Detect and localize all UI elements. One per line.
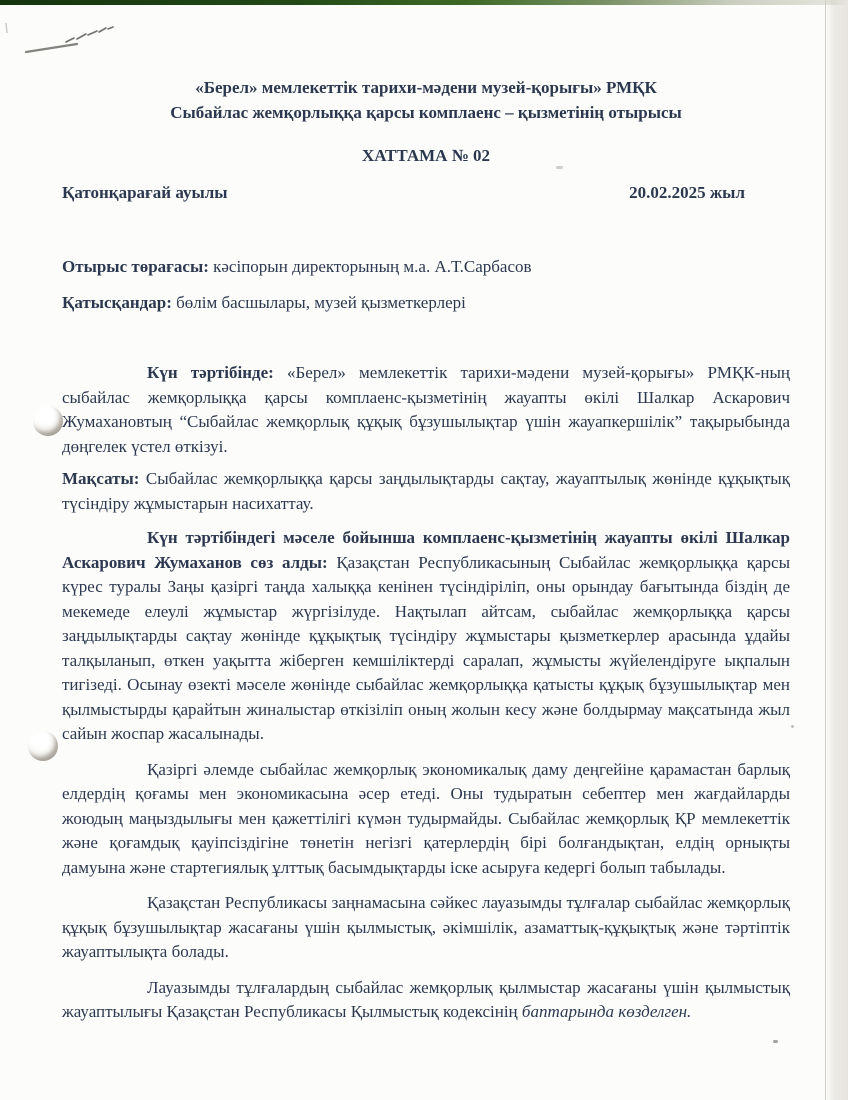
chairman-value: кәсіпорын директорының м.а. А.Т.Сарбасов xyxy=(209,257,532,276)
organization-name: «Берел» мемлекеттік тарихи-мәдени музей-… xyxy=(62,76,790,101)
meeting-name: Сыбайлас жемқорлыққа қарсы комплаенс – қ… xyxy=(62,101,790,126)
document-date: 20.02.2025 жыл xyxy=(629,181,745,206)
scanned-document-page: «Берел» мемлекеттік тарихи-мәдени музей-… xyxy=(0,0,848,1100)
place-date-row: Қатонқарағай ауылы 20.02.2025 жыл xyxy=(62,181,790,206)
pen-tick-mark xyxy=(6,23,7,33)
participants-label: Қатысқандар: xyxy=(62,293,172,312)
pen-scribble-mark xyxy=(66,27,113,42)
pen-line-mark xyxy=(26,44,77,52)
paragraph-liability: Қазақстан Республикасы заңнамасына сәйке… xyxy=(62,891,790,965)
scan-edge-top-strip xyxy=(0,0,848,5)
paragraph-body: Қазіргі әлемде сыбайлас жемқорлық эконом… xyxy=(62,760,790,877)
paragraph-body: Қазақстан Республикасы заңнамасына сәйке… xyxy=(62,893,790,961)
paragraph-lead: Мақсаты: xyxy=(62,469,139,488)
protocol-title: ХАТТАМА № 02 xyxy=(62,144,790,169)
paragraph-body: Қазақстан Республикасының Сыбайлас жемқо… xyxy=(62,553,790,744)
document-content: «Берел» мемлекеттік тарихи-мәдени музей-… xyxy=(0,76,848,1025)
participants-value: бөлім басшылары, музей қызметкерлері xyxy=(172,293,466,312)
scan-speck xyxy=(773,1040,778,1043)
paragraph-lead: Күн тәртібінде: xyxy=(147,363,274,382)
chairman-label: Отырыс төрағасы: xyxy=(62,257,209,276)
pen-marks xyxy=(0,10,130,70)
place-name: Қатонқарағай ауылы xyxy=(62,181,228,206)
paragraph-italic-tail: баптарында көзделген. xyxy=(522,1002,691,1021)
paragraph-goal: Мақсаты: Сыбайлас жемқорлыққа қарсы заңд… xyxy=(62,467,790,516)
chairman-line: Отырыс төрағасы: кәсіпорын директорының … xyxy=(62,255,790,280)
paragraph-corruption-impact: Қазіргі әлемде сыбайлас жемқорлық эконом… xyxy=(62,758,790,881)
paragraph-criminal-code: Лауазымды тұлғалардың сыбайлас жемқорлық… xyxy=(62,976,790,1025)
paragraph-speech: Күн тәртібіндегі мәселе бойынша комплаен… xyxy=(62,526,790,747)
participants-line: Қатысқандар: бөлім басшылары, музей қызм… xyxy=(62,291,790,316)
paragraph-agenda: Күн тәртібінде: «Берел» мемлекеттік тари… xyxy=(62,361,790,459)
paragraph-body: Сыбайлас жемқорлыққа қарсы заңдылықтарды… xyxy=(62,469,790,513)
